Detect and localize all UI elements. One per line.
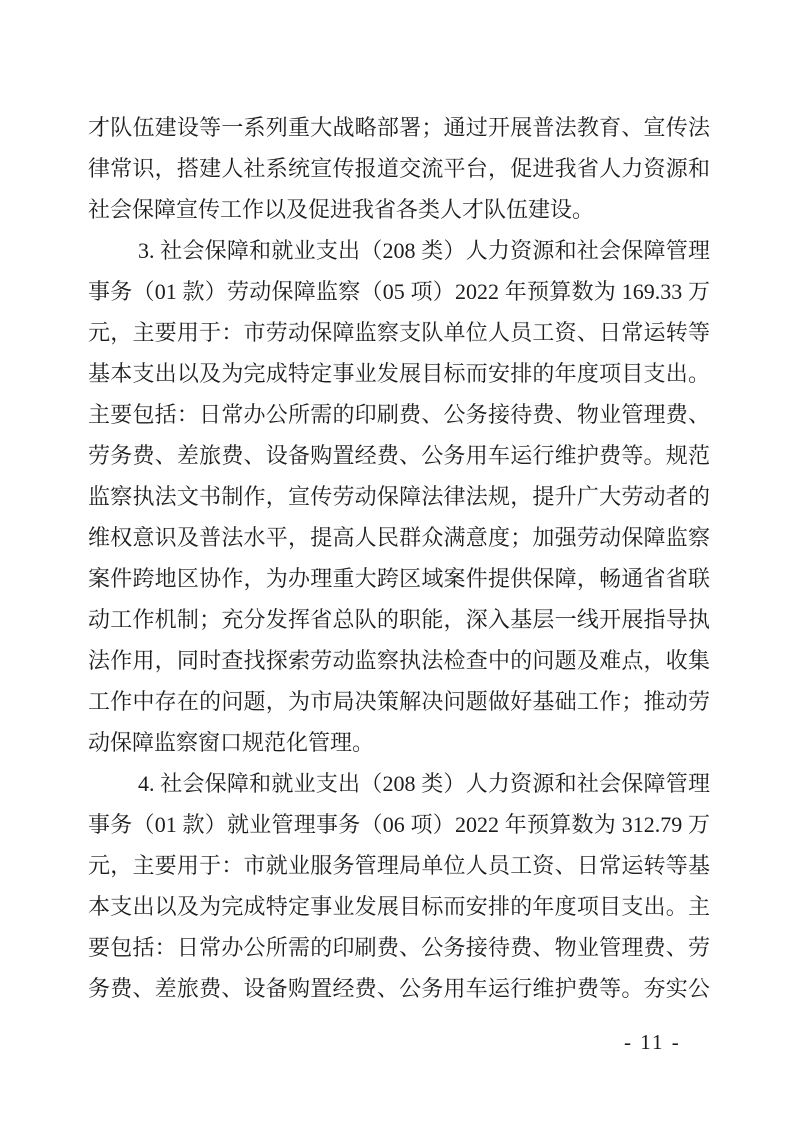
text-line: 监察执法文书制作，宣传劳动保障法律法规，提升广大劳动者的 — [88, 476, 710, 517]
text-line: 工作中存在的问题，为市局决策解决问题做好基础工作；推动劳 — [88, 681, 710, 722]
document-body: 才队伍建设等一系列重大战略部署；通过开展普法教育、宣传法律常识，搭建人社系统宣传… — [88, 107, 710, 1009]
text-line: 元，主要用于：市劳动保障监察支队单位人员工资、日常运转等 — [88, 312, 710, 353]
text-line: 才队伍建设等一系列重大战略部署；通过开展普法教育、宣传法 — [88, 107, 710, 148]
text-line: 主要包括：日常办公所需的印刷费、公务接待费、物业管理费、 — [88, 394, 710, 435]
text-line: 案件跨地区协作，为办理重大跨区域案件提供保障，畅通省省联 — [88, 558, 710, 599]
text-line: 元，主要用于：市就业服务管理局单位人员工资、日常运转等基 — [88, 845, 710, 886]
text-line: 本支出以及为完成特定事业发展目标而安排的年度项目支出。主 — [88, 886, 710, 927]
text-line: 4. 社会保障和就业支出（208 类）人力资源和社会保障管理 — [88, 763, 710, 804]
text-line: 法作用，同时查找探索劳动监察执法检查中的问题及难点，收集 — [88, 640, 710, 681]
text-line: 维权意识及普法水平，提高人民群众满意度；加强劳动保障监察 — [88, 517, 710, 558]
text-line: 事务（01 款）就业管理事务（06 项）2022 年预算数为 312.79 万 — [88, 804, 710, 845]
text-line: 劳务费、差旅费、设备购置经费、公务用车运行维护费等。规范 — [88, 435, 710, 476]
text-line: 事务（01 款）劳动保障监察（05 项）2022 年预算数为 169.33 万 — [88, 271, 710, 312]
document-page: 才队伍建设等一系列重大战略部署；通过开展普法教育、宣传法律常识，搭建人社系统宣传… — [0, 0, 793, 1122]
text-line: 3. 社会保障和就业支出（208 类）人力资源和社会保障管理 — [88, 230, 710, 271]
paragraph-item-3: 3. 社会保障和就业支出（208 类）人力资源和社会保障管理事务（01 款）劳动… — [88, 230, 710, 763]
text-line: 律常识，搭建人社系统宣传报道交流平台，促进我省人力资源和 — [88, 148, 710, 189]
text-line: 社会保障宣传工作以及促进我省各类人才队伍建设。 — [88, 189, 710, 230]
text-line: 动工作机制；充分发挥省总队的职能，深入基层一线开展指导执 — [88, 599, 710, 640]
paragraph-continuation: 才队伍建设等一系列重大战略部署；通过开展普法教育、宣传法律常识，搭建人社系统宣传… — [88, 107, 710, 230]
page-number: - 11 - — [624, 1030, 681, 1054]
text-line: 要包括：日常办公所需的印刷费、公务接待费、物业管理费、劳 — [88, 927, 710, 968]
text-line: 务费、差旅费、设备购置经费、公务用车运行维护费等。夯实公 — [88, 968, 710, 1009]
text-line: 基本支出以及为完成特定事业发展目标而安排的年度项目支出。 — [88, 353, 710, 394]
text-line: 动保障监察窗口规范化管理。 — [88, 722, 710, 763]
paragraph-item-4: 4. 社会保障和就业支出（208 类）人力资源和社会保障管理事务（01 款）就业… — [88, 763, 710, 1009]
